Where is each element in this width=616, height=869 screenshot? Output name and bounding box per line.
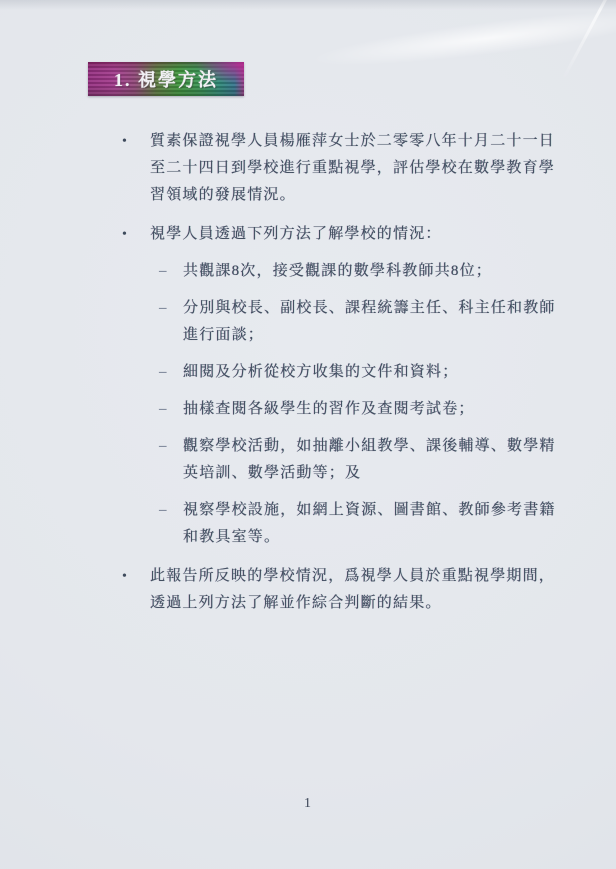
paragraph: 抽樣查閱各級學生的習作及查閱考試卷； <box>183 396 526 423</box>
text-line: 至二十四日到學校進行重點視學，評估學校在數學教育學 <box>150 155 555 182</box>
paragraph: 此報告所反映的學校情況，爲視學人員於重點視學期間， 透過上列方法了解並作綜合判斷… <box>150 563 555 617</box>
page-number: 1 <box>0 796 616 812</box>
text-line: 觀察學校活動，如抽離小組教學、課後輔導、數學精 <box>183 433 556 460</box>
text-line: 視學人員透過下列方法了解學校的情況： <box>150 221 526 248</box>
dash-marker: – <box>159 396 183 423</box>
section-header-banner: 1. 視學方法 <box>88 62 244 96</box>
dash-marker: – <box>159 497 183 551</box>
bullet-item: • 此報告所反映的學校情況，爲視學人員於重點視學期間， 透過上列方法了解並作綜合… <box>122 563 526 617</box>
bullet-item: • 視學人員透過下列方法了解學校的情況： <box>122 221 526 248</box>
text-line: 透過上列方法了解並作綜合判斷的結果。 <box>150 590 555 617</box>
dash-marker: – <box>159 295 183 349</box>
bullet-marker: • <box>122 221 150 248</box>
sub-item: – 分別與校長、副校長、課程統籌主任、科主任和教師 進行面談； <box>159 295 526 349</box>
text-line: 此報告所反映的學校情況，爲視學人員於重點視學期間， <box>150 563 555 590</box>
paragraph: 觀察學校活動，如抽離小組教學、課後輔導、數學精 英培訓、數學活動等；及 <box>183 433 556 487</box>
bullet-marker: • <box>122 128 150 209</box>
sub-item: – 視察學校設施，如網上資源、圖書館、教師參考書籍 和教具室等。 <box>159 497 526 551</box>
text-line: 習領域的發展情況。 <box>150 182 555 209</box>
paragraph: 質素保證視學人員楊雁萍女士於二零零八年十月二十一日 至二十四日到學校進行重點視學… <box>150 128 555 209</box>
sub-item: – 共觀課8次，接受觀課的數學科教師共8位； <box>159 258 526 285</box>
bullet-marker: • <box>122 563 150 617</box>
scan-crease-artifact <box>562 0 607 79</box>
text-line: 視察學校設施，如網上資源、圖書館、教師參考書籍 <box>183 497 556 524</box>
paragraph: 視察學校設施，如網上資源、圖書館、教師參考書籍 和教具室等。 <box>183 497 556 551</box>
text-line: 細閱及分析從校方收集的文件和資料； <box>183 359 526 386</box>
text-line: 共觀課8次，接受觀課的數學科教師共8位； <box>183 258 526 285</box>
paragraph: 細閱及分析從校方收集的文件和資料； <box>183 359 526 386</box>
dash-marker: – <box>159 433 183 487</box>
bullet-item: • 質素保證視學人員楊雁萍女士於二零零八年十月二十一日 至二十四日到學校進行重點… <box>122 128 526 209</box>
dash-marker: – <box>159 258 183 285</box>
sub-item: – 抽樣查閱各級學生的習作及查閱考試卷； <box>159 396 526 423</box>
paragraph: 分別與校長、副校長、課程統籌主任、科主任和教師 進行面談； <box>183 295 556 349</box>
scan-crease-artifact <box>255 0 616 89</box>
sub-item: – 觀察學校活動，如抽離小組教學、課後輔導、數學精 英培訓、數學活動等；及 <box>159 433 526 487</box>
text-line: 抽樣查閱各級學生的習作及查閱考試卷； <box>183 396 526 423</box>
paragraph: 共觀課8次，接受觀課的數學科教師共8位； <box>183 258 526 285</box>
content: • 質素保證視學人員楊雁萍女士於二零零八年十月二十一日 至二十四日到學校進行重點… <box>122 128 526 617</box>
paragraph: 視學人員透過下列方法了解學校的情況： <box>150 221 526 248</box>
text-line: 分別與校長、副校長、課程統籌主任、科主任和教師 <box>183 295 556 322</box>
text-line: 進行面談； <box>183 322 556 349</box>
text-line: 和教具室等。 <box>183 524 556 551</box>
document-page: 1. 視學方法 • 質素保證視學人員楊雁萍女士於二零零八年十月二十一日 至二十四… <box>0 0 616 869</box>
sub-item: – 細閱及分析從校方收集的文件和資料； <box>159 359 526 386</box>
dash-marker: – <box>159 359 183 386</box>
section-title: 1. 視學方法 <box>114 66 218 92</box>
text-line: 質素保證視學人員楊雁萍女士於二零零八年十月二十一日 <box>150 128 555 155</box>
text-line: 英培訓、數學活動等；及 <box>183 460 556 487</box>
scan-edge-shadow <box>0 0 616 10</box>
